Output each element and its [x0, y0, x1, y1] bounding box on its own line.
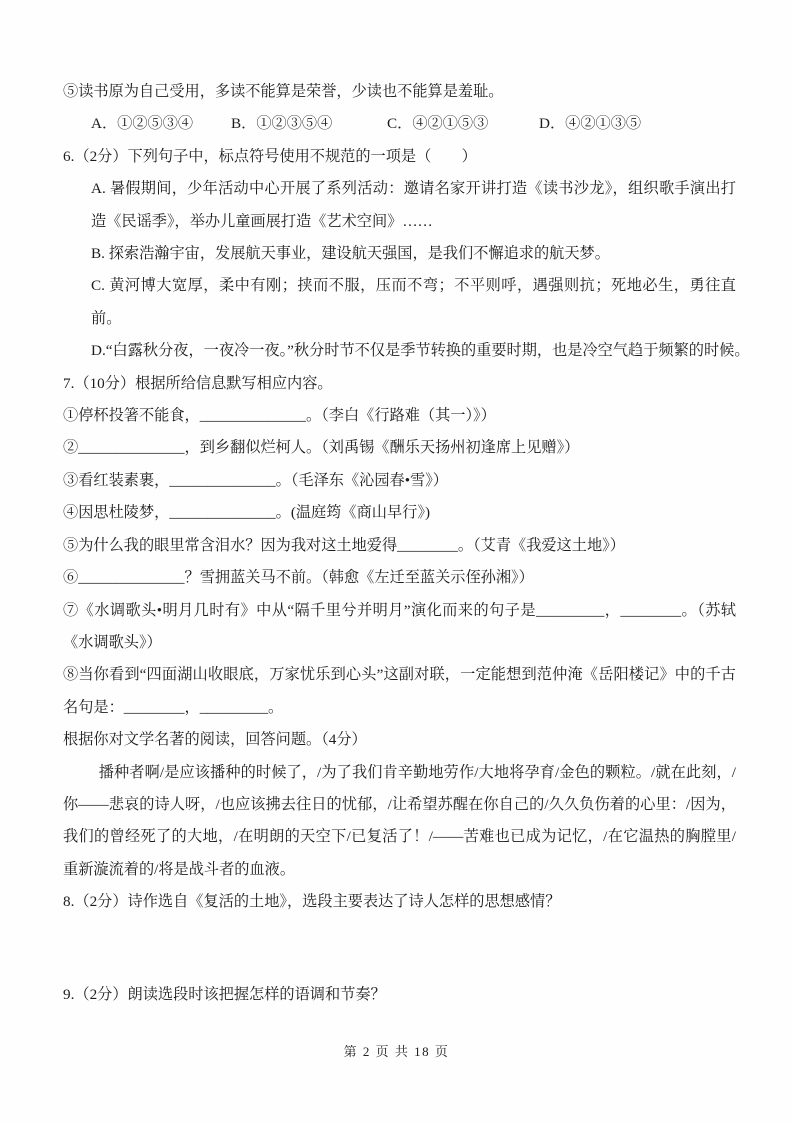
q5-options-row: A．①②⑤③④ B．①②③⑤④ C．④②①⑤③ D．④②①③⑤ [63, 108, 736, 140]
q5-option-b: B．①②③⑤④ [231, 108, 387, 140]
q7-item-2: ②______________，到乡翻似烂柯人。（刘禹锡《酬乐天扬州初逢席上见赠… [63, 432, 736, 464]
q6-option-c: C. 黄河博大宽厚，柔中有刚；挟而不服，压而不弯；不平则呼，遇强则抗；死地必生，… [63, 270, 736, 335]
poem-excerpt: 播种者啊/是应该播种的时候了，/为了我们肯辛勤地劳作/大地将孕育/金色的颗粒。/… [63, 757, 736, 887]
q7-item-5: ⑤为什么我的眼里常含泪水？因为我对这土地爱得________。（艾青《我爱这土地… [63, 530, 736, 562]
q5-option-a: A．①②⑤③④ [91, 108, 231, 140]
q5-statement-5: ⑤读书原为自己受用，多读不能算是荣誉，少读也不能算是羞耻。 [63, 76, 736, 108]
q7-item-6: ⑥______________？雪拥蓝关马不前。（韩愈《左迁至蓝关示侄孙湘》） [63, 562, 736, 594]
exam-paper-page: ⑤读书原为自己受用，多读不能算是荣誉，少读也不能算是羞耻。 A．①②⑤③④ B．… [0, 0, 793, 1122]
q6-option-b: B. 探索浩瀚宇宙，发展航天事业，建设航天强国，是我们不懈追求的航天梦。 [63, 238, 736, 270]
q7-item-8: ⑧当你看到“四面湖山收眼底，万家忧乐到心头”这副对联，一定能想到范仲淹《岳阳楼记… [63, 659, 736, 724]
q6-option-a: A. 暑假期间，少年活动中心开展了系列活动：邀请名家开讲打造《读书沙龙》，组织歌… [63, 173, 736, 238]
q7-item-4: ④因思杜陵梦，______________。(温庭筠《商山早行》) [63, 497, 736, 529]
q6-option-d: D.“白露秋分夜，一夜冷一夜。”秋分时节不仅是季节转换的重要时期，也是冷空气趋于… [63, 335, 736, 367]
reading-section-intro: 根据你对文学名著的阅读，回答问题。（4分） [63, 724, 736, 756]
q5-option-c: C．④②①⑤③ [387, 108, 539, 140]
q8-stem: 8.（2分）诗作选自《复活的土地》，选段主要表达了诗人怎样的思想感情？ [63, 886, 736, 918]
q6-stem: 6.（2分）下列句子中，标点符号使用不规范的一项是（ ） [63, 141, 736, 173]
page-number-footer: 第 2 页 共 18 页 [0, 1036, 793, 1068]
q7-item-1: ①停杯投箸不能食，______________。（李白《行路难（其一）》） [63, 400, 736, 432]
q9-stem: 9.（2分）朗读选段时该把握怎样的语调和节奏？ [63, 979, 736, 1011]
q7-item-7: ⑦《水调歌头•明月几时有》中从“隔千里兮并明月”演化而来的句子是________… [63, 595, 736, 660]
q7-item-3: ③看红装素裹，______________。（毛泽东《沁园春•雪》） [63, 465, 736, 497]
q5-option-d: D．④②①③⑤ [539, 108, 641, 140]
q7-stem: 7.（10分）根据所给信息默写相应内容。 [63, 368, 736, 400]
